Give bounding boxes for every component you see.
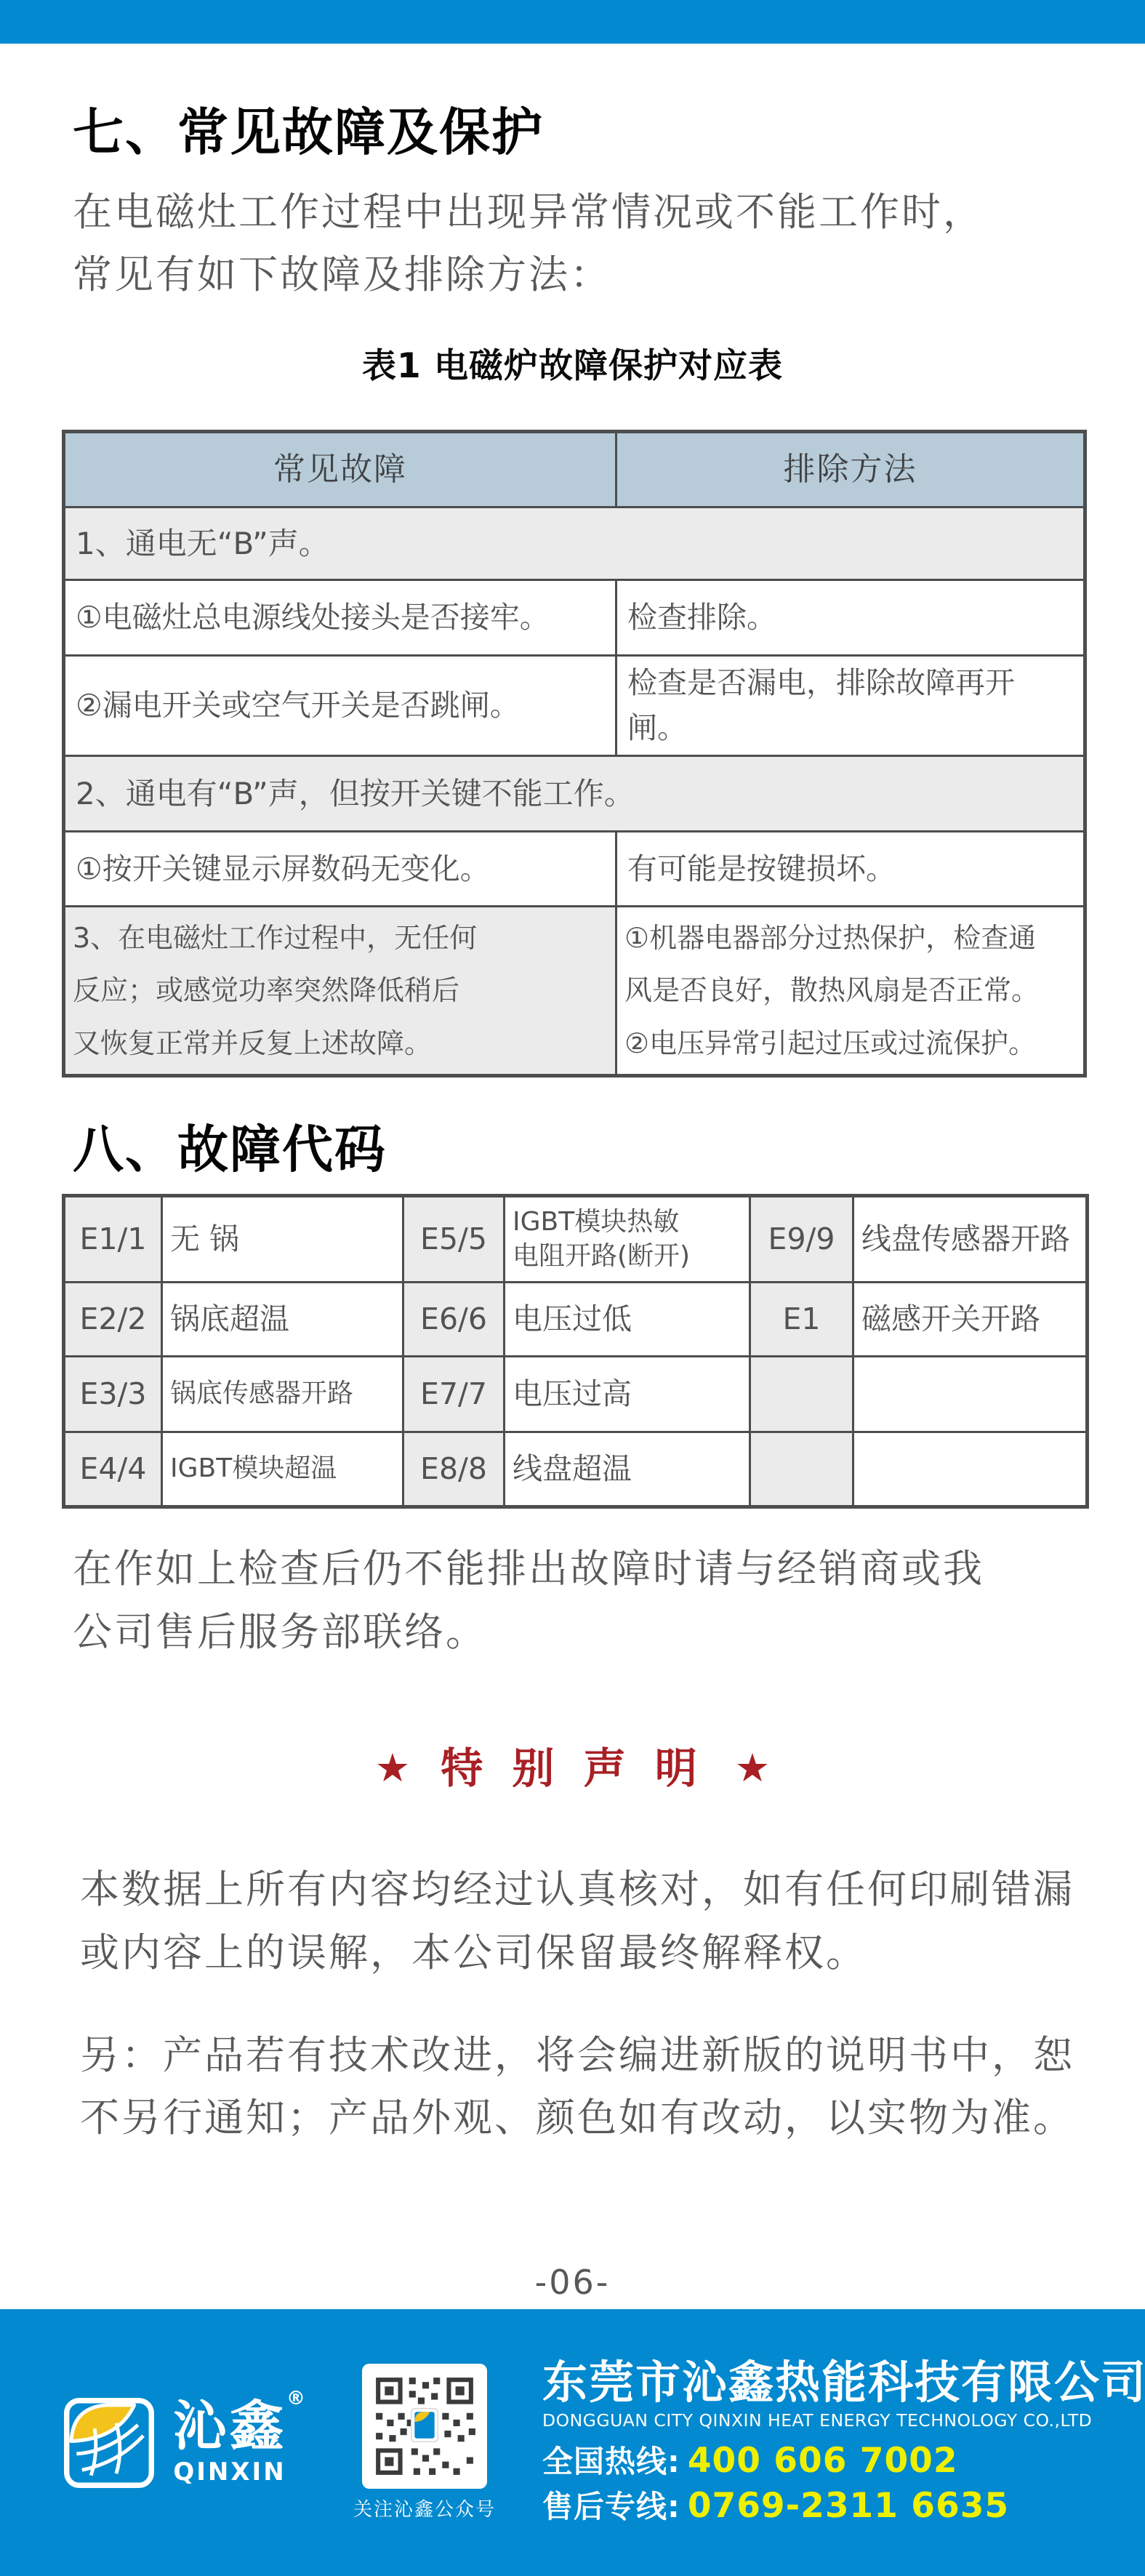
service-hotline-row: 售后专线: 0769-2311 6635: [542, 2483, 1145, 2527]
table-row: ②漏电开关或空气开关是否跳闸。 检查是否漏电，排除故障再开闸。: [64, 656, 1085, 756]
error-desc: 电压过高: [505, 1357, 750, 1432]
fault-cell: ①按开关键显示屏数码无变化。: [64, 832, 616, 907]
national-hotline-row: 全国热线: 400 606 7002: [542, 2438, 1145, 2481]
error-desc: IGBT模块热敏 电阻开路(断开): [505, 1196, 750, 1283]
error-code: E8/8: [403, 1432, 505, 1507]
error-code: E5/5: [403, 1196, 505, 1283]
table-row: E1/1 无 锅 E5/5 IGBT模块热敏 电阻开路(断开) E9/9 线盘传…: [64, 1196, 1088, 1283]
table-row: ①按开关键显示屏数码无变化。 有可能是按键损坏。: [64, 832, 1085, 907]
fault-table-title: 表1 电磁炉故障保护对应表: [0, 339, 1145, 388]
fault-span-cell: 1、通电无“B”声。: [64, 507, 1085, 580]
fault-cell: 3、在电磁灶工作过程中，无任何 反应；或感觉功率突然降低稍后 又恢复正常并反复上…: [64, 907, 616, 1076]
table-row: ①电磁灶总电源线处接头是否接牢。 检查排除。: [64, 580, 1085, 656]
declaration-paragraph-1: 本数据上所有内容均经过认真核对，如有任何印刷错漏 或内容上的误解，本公司保留最终…: [80, 1858, 1083, 1984]
error-desc: 线盘超温: [505, 1432, 750, 1507]
company-name-en: DONGGUAN CITY QINXIN HEAT ENERGY TECHNOL…: [542, 2410, 1145, 2431]
company-name-cn: 东莞市沁鑫热能科技有限公司: [542, 2359, 1145, 2406]
declaration-paragraph-2: 另：产品若有技术改进，将会编进新版的说明书中，恕 不另行通知；产品外观、颜色如有…: [80, 2024, 1083, 2150]
star-icon: ★: [375, 1749, 410, 1788]
fix-cell: ①机器电器部分过热保护，检查通 风是否良好，散热风扇是否正常。 ②电压异常引起过…: [616, 907, 1085, 1076]
table-row: E3/3 锅底传感器开路 E7/7 电压过高: [64, 1357, 1088, 1432]
error-code-table: E1/1 无 锅 E5/5 IGBT模块热敏 电阻开路(断开) E9/9 线盘传…: [62, 1194, 1089, 1509]
hotline-label: 全国热线:: [542, 2438, 680, 2481]
hotline-number: 400 606 7002: [688, 2441, 958, 2481]
error-desc: 锅底传感器开路: [162, 1357, 403, 1432]
brand-name-cn: 沁鑫®: [173, 2399, 286, 2453]
section7-title: 七、常见故障及保护: [73, 105, 1080, 159]
top-accent-bar: [0, 0, 1145, 44]
table-row: 3、在电磁灶工作过程中，无任何 反应；或感觉功率突然降低稍后 又恢复正常并反复上…: [64, 907, 1085, 1076]
error-code: E1/1: [64, 1196, 162, 1283]
page-number: -06-: [0, 2263, 1145, 2302]
table-row: 2、通电有“B”声，但按开关键不能工作。: [64, 756, 1085, 832]
contact-note: 在作如上检查后仍不能排出故障时请与经销商或我 公司售后服务部联络。: [73, 1538, 1083, 1664]
error-code: E9/9: [750, 1196, 853, 1283]
qr-caption: 关注沁鑫公众号: [353, 2495, 496, 2521]
error-code: E4/4: [64, 1432, 162, 1507]
company-block: 东莞市沁鑫热能科技有限公司 DONGGUAN CITY QINXIN HEAT …: [542, 2359, 1145, 2527]
error-desc: 锅底超温: [162, 1283, 403, 1357]
fault-col-header: 常见故障: [64, 432, 616, 507]
table-row: E2/2 锅底超温 E6/6 电压过低 E1 磁感开关开路: [64, 1283, 1088, 1357]
section8-title: 八、故障代码: [73, 1123, 1080, 1176]
error-desc: 电压过低: [505, 1283, 750, 1357]
table-row: 1、通电无“B”声。: [64, 507, 1085, 580]
section7-intro: 在电磁灶工作过程中出现异常情况或不能工作时， 常见有如下故障及排除方法：: [73, 181, 1083, 307]
table-row: E4/4 IGBT模块超温 E8/8 线盘超温: [64, 1432, 1088, 1507]
fault-table-header-row: 常见故障 排除方法: [64, 432, 1085, 507]
manual-page: { "section7": { "title": "七、常见故障及保护", "i…: [0, 0, 1145, 2576]
error-desc: [853, 1357, 1088, 1432]
error-code: [750, 1432, 853, 1507]
error-code: [750, 1357, 853, 1432]
service-number: 0769-2311 6635: [688, 2486, 1009, 2526]
fix-col-header: 排除方法: [616, 432, 1085, 507]
star-icon: ★: [735, 1749, 770, 1788]
fault-cell: ②漏电开关或空气开关是否跳闸。: [64, 656, 616, 756]
special-declaration-title: ★ 特 别 声 明 ★: [0, 1747, 1145, 1789]
brand-name-en: QINXIN: [173, 2457, 286, 2487]
service-label: 售后专线:: [542, 2483, 680, 2527]
error-code: E3/3: [64, 1357, 162, 1432]
error-code: E2/2: [64, 1283, 162, 1357]
fix-cell: 检查排除。: [616, 580, 1085, 656]
error-desc: 线盘传感器开路: [853, 1196, 1088, 1283]
qr-block: 关注沁鑫公众号: [353, 2364, 496, 2521]
error-desc: 磁感开关开路: [853, 1283, 1088, 1357]
fix-cell: 检查是否漏电，排除故障再开闸。: [616, 656, 1085, 756]
qinxin-logo-icon: [64, 2398, 154, 2488]
error-desc: IGBT模块超温: [162, 1432, 403, 1507]
fix-cell: 有可能是按键损坏。: [616, 832, 1085, 907]
error-desc: 无 锅: [162, 1196, 403, 1283]
fault-span-cell: 2、通电有“B”声，但按开关键不能工作。: [64, 756, 1085, 832]
brand-block: 沁鑫® QINXIN: [173, 2399, 286, 2487]
error-code: E6/6: [403, 1283, 505, 1357]
declaration-heading: 特 别 声 明: [441, 1747, 704, 1789]
registered-mark: ®: [286, 2389, 308, 2408]
error-desc: [853, 1432, 1088, 1507]
error-code: E1: [750, 1283, 853, 1357]
footer: 沁鑫® QINXIN 关注沁鑫公众号: [0, 2309, 1145, 2576]
fault-cell: ①电磁灶总电源线处接头是否接牢。: [64, 580, 616, 656]
error-code: E7/7: [403, 1357, 505, 1432]
qr-code: [362, 2364, 487, 2489]
fault-table: 常见故障 排除方法 1、通电无“B”声。 ①电磁灶总电源线处接头是否接牢。 检查…: [62, 430, 1087, 1078]
